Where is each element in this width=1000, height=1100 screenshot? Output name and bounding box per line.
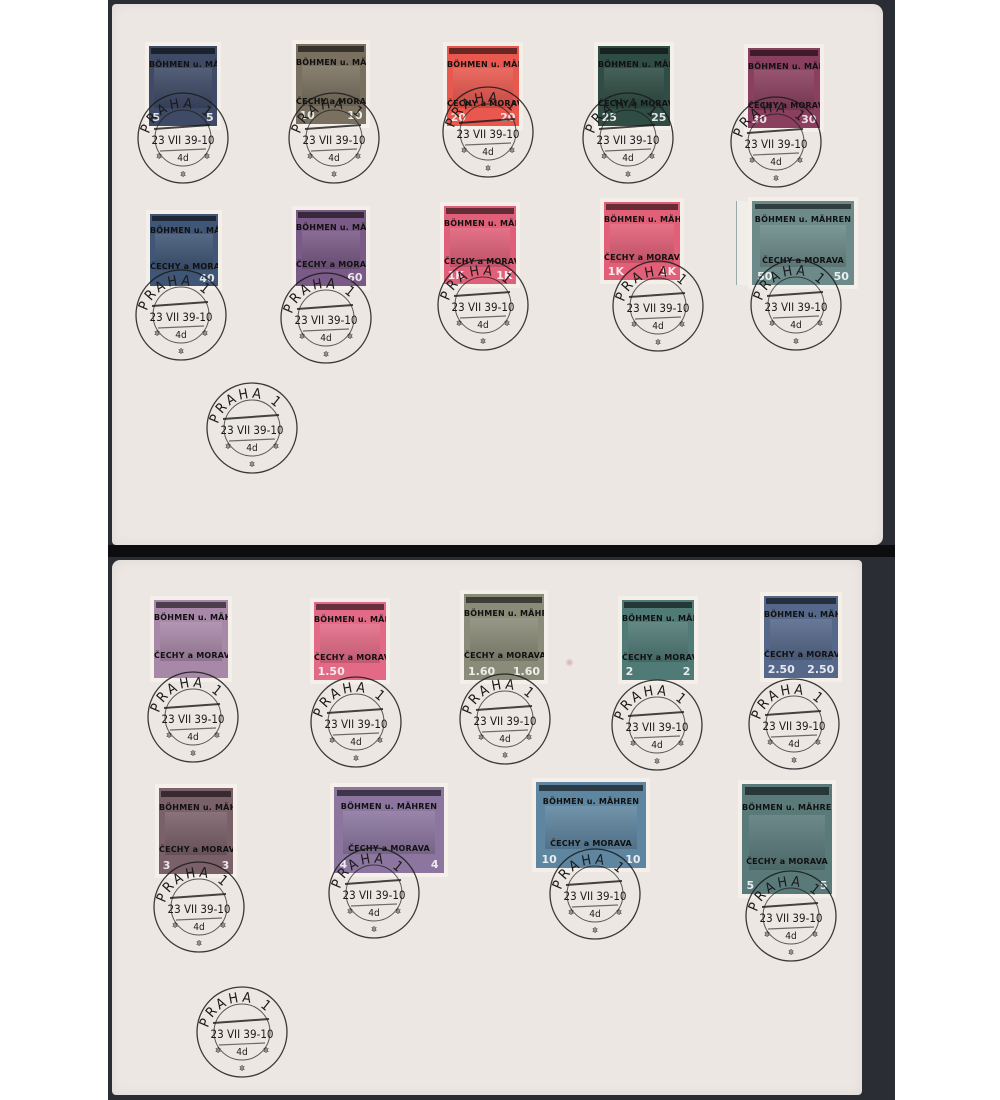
stamp-header-strip (755, 204, 851, 210)
overprint-line2: ČECHY a MORAVA (742, 857, 832, 866)
stamp-header-strip (298, 46, 364, 52)
overprint-line1: BÖHMEN u. MÄHREN (536, 797, 646, 806)
stamp-header-strip (337, 790, 440, 796)
postmark: PRAHA 1 23 VII 39-10 4d ✲ ✲ ✲ (749, 258, 843, 352)
stamp-header-strip (151, 48, 215, 54)
svg-text:✲: ✲ (764, 930, 770, 939)
postmark: PRAHA 1 23 VII 39-10 4d ✲ ✲ ✲ (136, 91, 230, 185)
overprint-line1: BÖHMEN u. MÄHREN (296, 223, 366, 232)
svg-text:PRAHA 1: PRAHA 1 (749, 682, 828, 722)
svg-text:23 VII 39-10: 23 VII 39-10 (627, 301, 690, 315)
overprint-line1: BÖHMEN u. MÄHREN (598, 60, 670, 69)
svg-text:PRAHA 1: PRAHA 1 (207, 386, 286, 426)
svg-text:✲: ✲ (347, 332, 353, 341)
svg-text:PRAHA 1: PRAHA 1 (154, 865, 233, 905)
svg-text:✲: ✲ (307, 152, 313, 161)
svg-text:23 VII 39-10: 23 VII 39-10 (152, 133, 215, 147)
svg-text:23 VII 39-10: 23 VII 39-10 (303, 133, 366, 147)
stamp-cathedral: BÖHMEN u. MÄHREN ČECHY a MORAVA 1.60 1.6… (460, 590, 548, 684)
svg-text:✲: ✲ (791, 756, 797, 765)
overprint-line1: BÖHMEN u. MÄHREN (334, 802, 444, 811)
svg-text:✲: ✲ (480, 337, 486, 346)
svg-text:23 VII 39-10: 23 VII 39-10 (597, 133, 660, 147)
svg-text:✲: ✲ (679, 320, 685, 329)
svg-text:4d: 4d (193, 922, 204, 933)
svg-text:✲: ✲ (773, 174, 779, 183)
svg-text:23 VII 39-10: 23 VII 39-10 (457, 127, 520, 141)
svg-text:✲: ✲ (526, 733, 532, 742)
svg-text:4d: 4d (785, 931, 796, 942)
postmark-circle: PRAHA 1 23 VII 39-10 4d ✲ ✲ ✲ (548, 847, 642, 941)
svg-text:✲: ✲ (678, 739, 684, 748)
svg-text:4d: 4d (177, 153, 188, 164)
paper-spot (565, 658, 574, 667)
svg-text:✲: ✲ (154, 329, 160, 338)
overprint-line1: BÖHMEN u. MÄHREN (444, 219, 516, 228)
postmark: PRAHA 1 23 VII 39-10 4d ✲ ✲ ✲ (747, 677, 841, 771)
svg-text:4d: 4d (589, 909, 600, 920)
svg-text:23 VII 39-10: 23 VII 39-10 (626, 720, 689, 734)
svg-text:PRAHA 1: PRAHA 1 (613, 264, 692, 304)
postmark: PRAHA 1 23 VII 39-10 4d ✲ ✲ ✲ (729, 95, 823, 189)
overprint-line1: BÖHMEN u. MÄHREN (752, 215, 854, 224)
postmark: PRAHA 1 23 VII 39-10 4d ✲ ✲ ✲ (458, 672, 552, 766)
postmark-circle: PRAHA 1 23 VII 39-10 4d ✲ ✲ ✲ (279, 271, 373, 365)
svg-text:✲: ✲ (625, 170, 631, 179)
overprint-line2: ČECHY a MORAVA (154, 651, 228, 660)
svg-text:23 VII 39-10: 23 VII 39-10 (452, 300, 515, 314)
stamp-face: BÖHMEN u. MÄHREN ČECHY a MORAVA (154, 600, 228, 678)
svg-text:PRAHA 1: PRAHA 1 (289, 96, 368, 136)
svg-text:✲: ✲ (214, 731, 220, 740)
svg-text:✲: ✲ (323, 350, 329, 359)
svg-text:23 VII 39-10: 23 VII 39-10 (150, 310, 213, 324)
postmark: PRAHA 1 23 VII 39-10 4d ✲ ✲ ✲ (581, 91, 675, 185)
postmark: PRAHA 1 23 VII 39-10 4d ✲ ✲ ✲ (436, 258, 530, 352)
svg-text:✲: ✲ (631, 320, 637, 329)
svg-text:PRAHA 1: PRAHA 1 (751, 263, 830, 303)
postmark-circle: PRAHA 1 23 VII 39-10 4d ✲ ✲ ✲ (436, 258, 530, 352)
svg-text:✲: ✲ (178, 347, 184, 356)
svg-text:✲: ✲ (202, 329, 208, 338)
svg-text:PRAHA 1: PRAHA 1 (443, 90, 522, 130)
stamp-header-strip (750, 50, 818, 56)
stamp-rocky-gorge: BÖHMEN u. MÄHREN ČECHY a MORAVA 2 2 (618, 596, 698, 684)
svg-text:PRAHA 1: PRAHA 1 (612, 683, 691, 723)
svg-text:✲: ✲ (788, 948, 794, 957)
postmark: PRAHA 1 23 VII 39-10 4d ✲ ✲ ✲ (327, 846, 421, 940)
postmark: PRAHA 1 23 VII 39-10 4d ✲ ✲ ✲ (146, 670, 240, 764)
svg-text:✲: ✲ (769, 319, 775, 328)
postmark-circle: PRAHA 1 23 VII 39-10 4d ✲ ✲ ✲ (136, 91, 230, 185)
svg-text:✲: ✲ (767, 738, 773, 747)
svg-text:4d: 4d (499, 734, 510, 745)
svg-text:✲: ✲ (204, 152, 210, 161)
stamp-value-right: 2 (683, 665, 691, 678)
postmark-circle: PRAHA 1 23 VII 39-10 4d ✲ ✲ ✲ (205, 381, 299, 475)
stamp-header-strip (298, 212, 364, 217)
overprint-line1: BÖHMEN u. MÄHREN (314, 615, 386, 624)
svg-text:✲: ✲ (601, 152, 607, 161)
svg-text:✲: ✲ (630, 739, 636, 748)
svg-text:23 VII 39-10: 23 VII 39-10 (745, 137, 808, 151)
svg-text:23 VII 39-10: 23 VII 39-10 (168, 902, 231, 916)
svg-text:4d: 4d (175, 330, 186, 341)
svg-text:✲: ✲ (299, 332, 305, 341)
svg-text:23 VII 39-10: 23 VII 39-10 (211, 1027, 274, 1041)
overprint-line1: BÖHMEN u. MÄHREN (154, 613, 228, 622)
svg-text:23 VII 39-10: 23 VII 39-10 (162, 712, 225, 726)
postmark-circle: PRAHA 1 23 VII 39-10 4d ✲ ✲ ✲ (146, 670, 240, 764)
svg-text:✲: ✲ (329, 736, 335, 745)
svg-text:✲: ✲ (190, 749, 196, 758)
svg-text:23 VII 39-10: 23 VII 39-10 (760, 911, 823, 925)
svg-text:✲: ✲ (654, 757, 660, 766)
overprint-line2: ČECHY a MORAVA (296, 260, 366, 269)
svg-text:✲: ✲ (347, 907, 353, 916)
svg-text:4d: 4d (328, 153, 339, 164)
stamp-header-strip (449, 48, 517, 54)
svg-text:PRAHA 1: PRAHA 1 (197, 990, 276, 1030)
svg-text:23 VII 39-10: 23 VII 39-10 (221, 423, 284, 437)
postmark: PRAHA 1 23 VII 39-10 4d ✲ ✲ ✲ (309, 675, 403, 769)
svg-text:✲: ✲ (812, 930, 818, 939)
stamp-header-strip (161, 791, 231, 797)
svg-text:✲: ✲ (592, 926, 598, 935)
postmark-circle: PRAHA 1 23 VII 39-10 4d ✲ ✲ ✲ (611, 259, 705, 353)
svg-text:✲: ✲ (215, 1046, 221, 1055)
overprint-line1: BÖHMEN u. MÄHREN (748, 62, 820, 71)
svg-text:✲: ✲ (395, 907, 401, 916)
svg-text:PRAHA 1: PRAHA 1 (138, 96, 217, 136)
stamp-face: BÖHMEN u. MÄHREN ČECHY a MORAVA 2 2 (622, 600, 694, 680)
postmark: PRAHA 1 23 VII 39-10 4d ✲ ✲ ✲ (279, 271, 373, 365)
stamp-value-left: 2 (626, 665, 634, 678)
postmark-circle: PRAHA 1 23 VII 39-10 4d ✲ ✲ ✲ (327, 846, 421, 940)
postmark: PRAHA 1 23 VII 39-10 4d ✲ ✲ ✲ (152, 860, 246, 954)
stamp-header-strip (446, 208, 514, 213)
overprint-line1: BÖHMEN u. MÄHREN (150, 226, 218, 235)
stamp-header-strip (156, 602, 226, 607)
stamp-header-strip (624, 602, 692, 608)
svg-text:✲: ✲ (485, 164, 491, 173)
overprint-line1: BÖHMEN u. MÄHREN (604, 215, 680, 224)
svg-text:✲: ✲ (502, 751, 508, 760)
svg-text:✲: ✲ (815, 738, 821, 747)
svg-text:✲: ✲ (156, 152, 162, 161)
stamp-value-right: 2.50 (807, 663, 834, 676)
svg-text:✲: ✲ (793, 337, 799, 346)
svg-text:23 VII 39-10: 23 VII 39-10 (325, 717, 388, 731)
postmark-circle: PRAHA 1 23 VII 39-10 4d ✲ ✲ ✲ (195, 985, 289, 1079)
postmark: PRAHA 1 23 VII 39-10 4d ✲ ✲ ✲ (744, 869, 838, 963)
svg-text:23 VII 39-10: 23 VII 39-10 (564, 889, 627, 903)
stamp-header-strip (152, 216, 216, 221)
svg-text:✲: ✲ (353, 754, 359, 763)
overprint-line1: BÖHMEN u. MÄHREN (464, 609, 544, 618)
svg-text:✲: ✲ (273, 442, 279, 451)
postmark-circle: PRAHA 1 23 VII 39-10 4d ✲ ✲ ✲ (458, 672, 552, 766)
stamp-castle-rock: BÖHMEN u. MÄHREN ČECHY a MORAVA 2.50 2.5… (760, 592, 842, 682)
overprint-line1: BÖHMEN u. MÄHREN (447, 60, 519, 69)
overprint-line1: BÖHMEN u. MÄHREN (296, 58, 366, 67)
svg-text:✲: ✲ (456, 319, 462, 328)
stamp-header-strip (766, 598, 836, 604)
postmark-circle: PRAHA 1 23 VII 39-10 4d ✲ ✲ ✲ (152, 860, 246, 954)
svg-text:PRAHA 1: PRAHA 1 (281, 276, 360, 316)
postmark-circle: PRAHA 1 23 VII 39-10 4d ✲ ✲ ✲ (749, 258, 843, 352)
stamp-face: BÖHMEN u. MÄHREN ČECHY a MORAVA 1.50 (314, 602, 386, 680)
postmark-circle: PRAHA 1 23 VII 39-10 4d ✲ ✲ ✲ (287, 91, 381, 185)
svg-text:✲: ✲ (331, 170, 337, 179)
postmark: PRAHA 1 23 VII 39-10 4d ✲ ✲ ✲ (610, 678, 704, 772)
svg-text:✲: ✲ (355, 152, 361, 161)
svg-text:4d: 4d (320, 333, 331, 344)
svg-text:PRAHA 1: PRAHA 1 (311, 680, 390, 720)
svg-text:✲: ✲ (196, 939, 202, 948)
postmark: PRAHA 1 23 VII 39-10 4d ✲ ✲ ✲ (134, 268, 228, 362)
svg-text:✲: ✲ (749, 156, 755, 165)
postmark-circle: PRAHA 1 23 VII 39-10 4d ✲ ✲ ✲ (309, 675, 403, 769)
svg-text:4d: 4d (482, 147, 493, 158)
postmark: PRAHA 1 23 VII 39-10 4d ✲ ✲ ✲ (205, 381, 299, 475)
overprint-line2: ČECHY a MORAVA (464, 651, 544, 660)
svg-text:PRAHA 1: PRAHA 1 (460, 677, 539, 717)
stamp-header-strip (600, 48, 668, 54)
svg-text:PRAHA 1: PRAHA 1 (583, 96, 662, 136)
svg-text:4d: 4d (770, 157, 781, 168)
stamp-face: BÖHMEN u. MÄHREN ČECHY a MORAVA 1.60 1.6… (464, 594, 544, 680)
postmark: PRAHA 1 23 VII 39-10 4d ✲ ✲ ✲ (611, 259, 705, 353)
svg-text:23 VII 39-10: 23 VII 39-10 (474, 714, 537, 728)
postmark-circle: PRAHA 1 23 VII 39-10 4d ✲ ✲ ✲ (610, 678, 704, 772)
svg-text:23 VII 39-10: 23 VII 39-10 (343, 888, 406, 902)
svg-text:✲: ✲ (797, 156, 803, 165)
svg-text:✲: ✲ (220, 921, 226, 930)
postmark-circle: PRAHA 1 23 VII 39-10 4d ✲ ✲ ✲ (441, 85, 535, 179)
svg-text:23 VII 39-10: 23 VII 39-10 (295, 313, 358, 327)
svg-text:4d: 4d (236, 1047, 247, 1058)
svg-text:✲: ✲ (263, 1046, 269, 1055)
svg-text:✲: ✲ (371, 925, 377, 934)
svg-text:✲: ✲ (655, 338, 661, 347)
svg-text:✲: ✲ (568, 908, 574, 917)
svg-text:4d: 4d (187, 732, 198, 743)
svg-text:4d: 4d (246, 443, 257, 454)
svg-text:PRAHA 1: PRAHA 1 (746, 874, 825, 914)
overprint-line1: BÖHMEN u. MÄHREN (149, 60, 217, 69)
svg-text:✲: ✲ (817, 319, 823, 328)
postmark-circle: PRAHA 1 23 VII 39-10 4d ✲ ✲ ✲ (747, 677, 841, 771)
postmark-circle: PRAHA 1 23 VII 39-10 4d ✲ ✲ ✲ (581, 91, 675, 185)
overprint-line1: BÖHMEN u. MÄHREN (764, 610, 838, 619)
stamp-header-strip (539, 785, 642, 791)
svg-text:4d: 4d (788, 739, 799, 750)
svg-text:✲: ✲ (649, 152, 655, 161)
svg-text:4d: 4d (368, 908, 379, 919)
overprint-line2: ČECHY a MORAVA (314, 653, 386, 662)
svg-text:PRAHA 1: PRAHA 1 (136, 273, 215, 313)
postmark-circle: PRAHA 1 23 VII 39-10 4d ✲ ✲ ✲ (744, 869, 838, 963)
svg-text:✲: ✲ (172, 921, 178, 930)
svg-text:✲: ✲ (239, 1064, 245, 1073)
svg-text:✲: ✲ (180, 170, 186, 179)
stamp-value-left: 2.50 (768, 663, 795, 676)
svg-text:23 VII 39-10: 23 VII 39-10 (763, 719, 826, 733)
svg-text:✲: ✲ (478, 733, 484, 742)
stamp-header-strip (316, 604, 384, 609)
svg-text:4d: 4d (350, 737, 361, 748)
overprint-line2: ČECHY a MORAVA (764, 650, 838, 659)
svg-text:PRAHA 1: PRAHA 1 (438, 263, 517, 303)
overprint-line1: BÖHMEN u. MÄHREN (742, 803, 832, 812)
stamp-header-strip (606, 204, 677, 209)
overprint-line2: ČECHY a MORAVA (622, 653, 694, 662)
stamp-town-towers: BÖHMEN u. MÄHREN ČECHY a MORAVA 1.50 (310, 598, 390, 684)
svg-text:4d: 4d (622, 153, 633, 164)
cover-separator (108, 545, 895, 557)
stamp-header-strip (745, 787, 830, 795)
postmark: PRAHA 1 23 VII 39-10 4d ✲ ✲ ✲ (287, 91, 381, 185)
svg-text:✲: ✲ (166, 731, 172, 740)
overprint-line2: ČECHY a MORAVA (159, 845, 233, 854)
svg-text:PRAHA 1: PRAHA 1 (550, 852, 629, 892)
svg-text:✲: ✲ (509, 146, 515, 155)
svg-text:✲: ✲ (225, 442, 231, 451)
svg-text:4d: 4d (652, 321, 663, 332)
stamp-header-strip (466, 597, 541, 603)
svg-text:✲: ✲ (616, 908, 622, 917)
svg-text:✲: ✲ (504, 319, 510, 328)
postmark-circle: PRAHA 1 23 VII 39-10 4d ✲ ✲ ✲ (134, 268, 228, 362)
postmark: PRAHA 1 23 VII 39-10 4d ✲ ✲ ✲ (548, 847, 642, 941)
svg-text:4d: 4d (790, 320, 801, 331)
postmark: PRAHA 1 23 VII 39-10 4d ✲ ✲ ✲ (195, 985, 289, 1079)
svg-text:PRAHA 1: PRAHA 1 (329, 851, 408, 891)
svg-text:23 VII 39-10: 23 VII 39-10 (765, 300, 828, 314)
svg-text:4d: 4d (651, 740, 662, 751)
postmark: PRAHA 1 23 VII 39-10 4d ✲ ✲ ✲ (441, 85, 535, 179)
svg-text:PRAHA 1: PRAHA 1 (731, 100, 810, 140)
stamp-value-right: 4 (431, 858, 439, 871)
svg-text:✲: ✲ (461, 146, 467, 155)
postmark-circle: PRAHA 1 23 VII 39-10 4d ✲ ✲ ✲ (729, 95, 823, 189)
svg-text:PRAHA 1: PRAHA 1 (148, 675, 227, 715)
overprint-line1: BÖHMEN u. MÄHREN (159, 803, 233, 812)
svg-text:✲: ✲ (249, 460, 255, 469)
svg-text:✲: ✲ (377, 736, 383, 745)
overprint-line1: BÖHMEN u. MÄHREN (622, 614, 694, 623)
stamp-face: BÖHMEN u. MÄHREN ČECHY a MORAVA 2.50 2.5… (764, 596, 838, 678)
svg-text:4d: 4d (477, 320, 488, 331)
